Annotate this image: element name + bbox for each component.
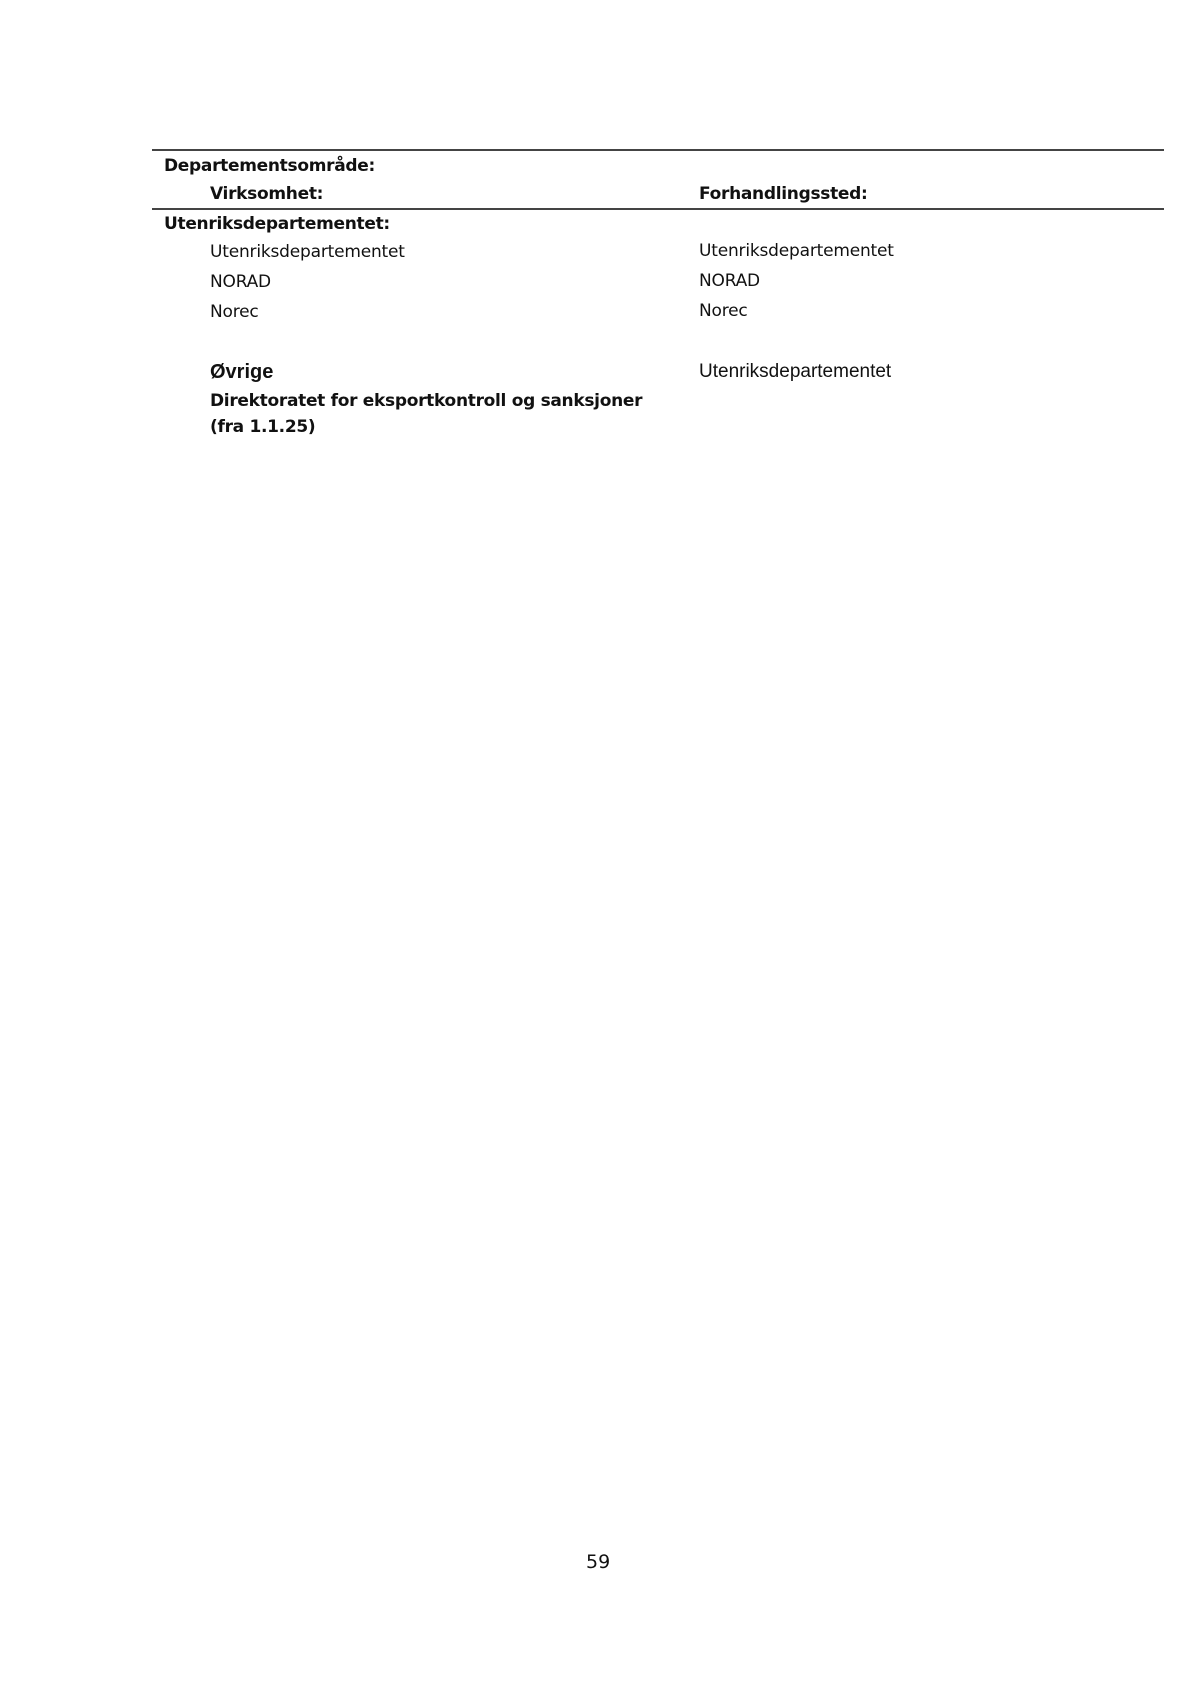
place-cell: Norec (699, 303, 748, 320)
entity-cell-line2: (fra 1.1.25) (210, 419, 315, 436)
place-cell: Utenriksdepartementet (699, 362, 891, 381)
section-title-utenriksdepartementet: Utenriksdepartementet: (164, 216, 390, 233)
table-header-rule (152, 208, 1164, 210)
entity-cell: Utenriksdepartementet (210, 244, 405, 261)
section-title-ovrige: Øvrige (210, 362, 273, 382)
place-cell: Utenriksdepartementet (699, 243, 894, 260)
header-entity: Virksomhet: (210, 186, 323, 203)
place-cell: NORAD (699, 273, 760, 290)
table-top-rule (152, 149, 1164, 151)
header-department-area: Departementsområde: (164, 158, 375, 175)
entity-cell: NORAD (210, 274, 271, 291)
entity-cell-line1: Direktoratet for eksportkontroll og sank… (210, 393, 642, 410)
entity-cell: Norec (210, 304, 259, 321)
header-negotiation-place: Forhandlingssted: (699, 186, 868, 203)
page-number: 59 (586, 1553, 610, 1572)
